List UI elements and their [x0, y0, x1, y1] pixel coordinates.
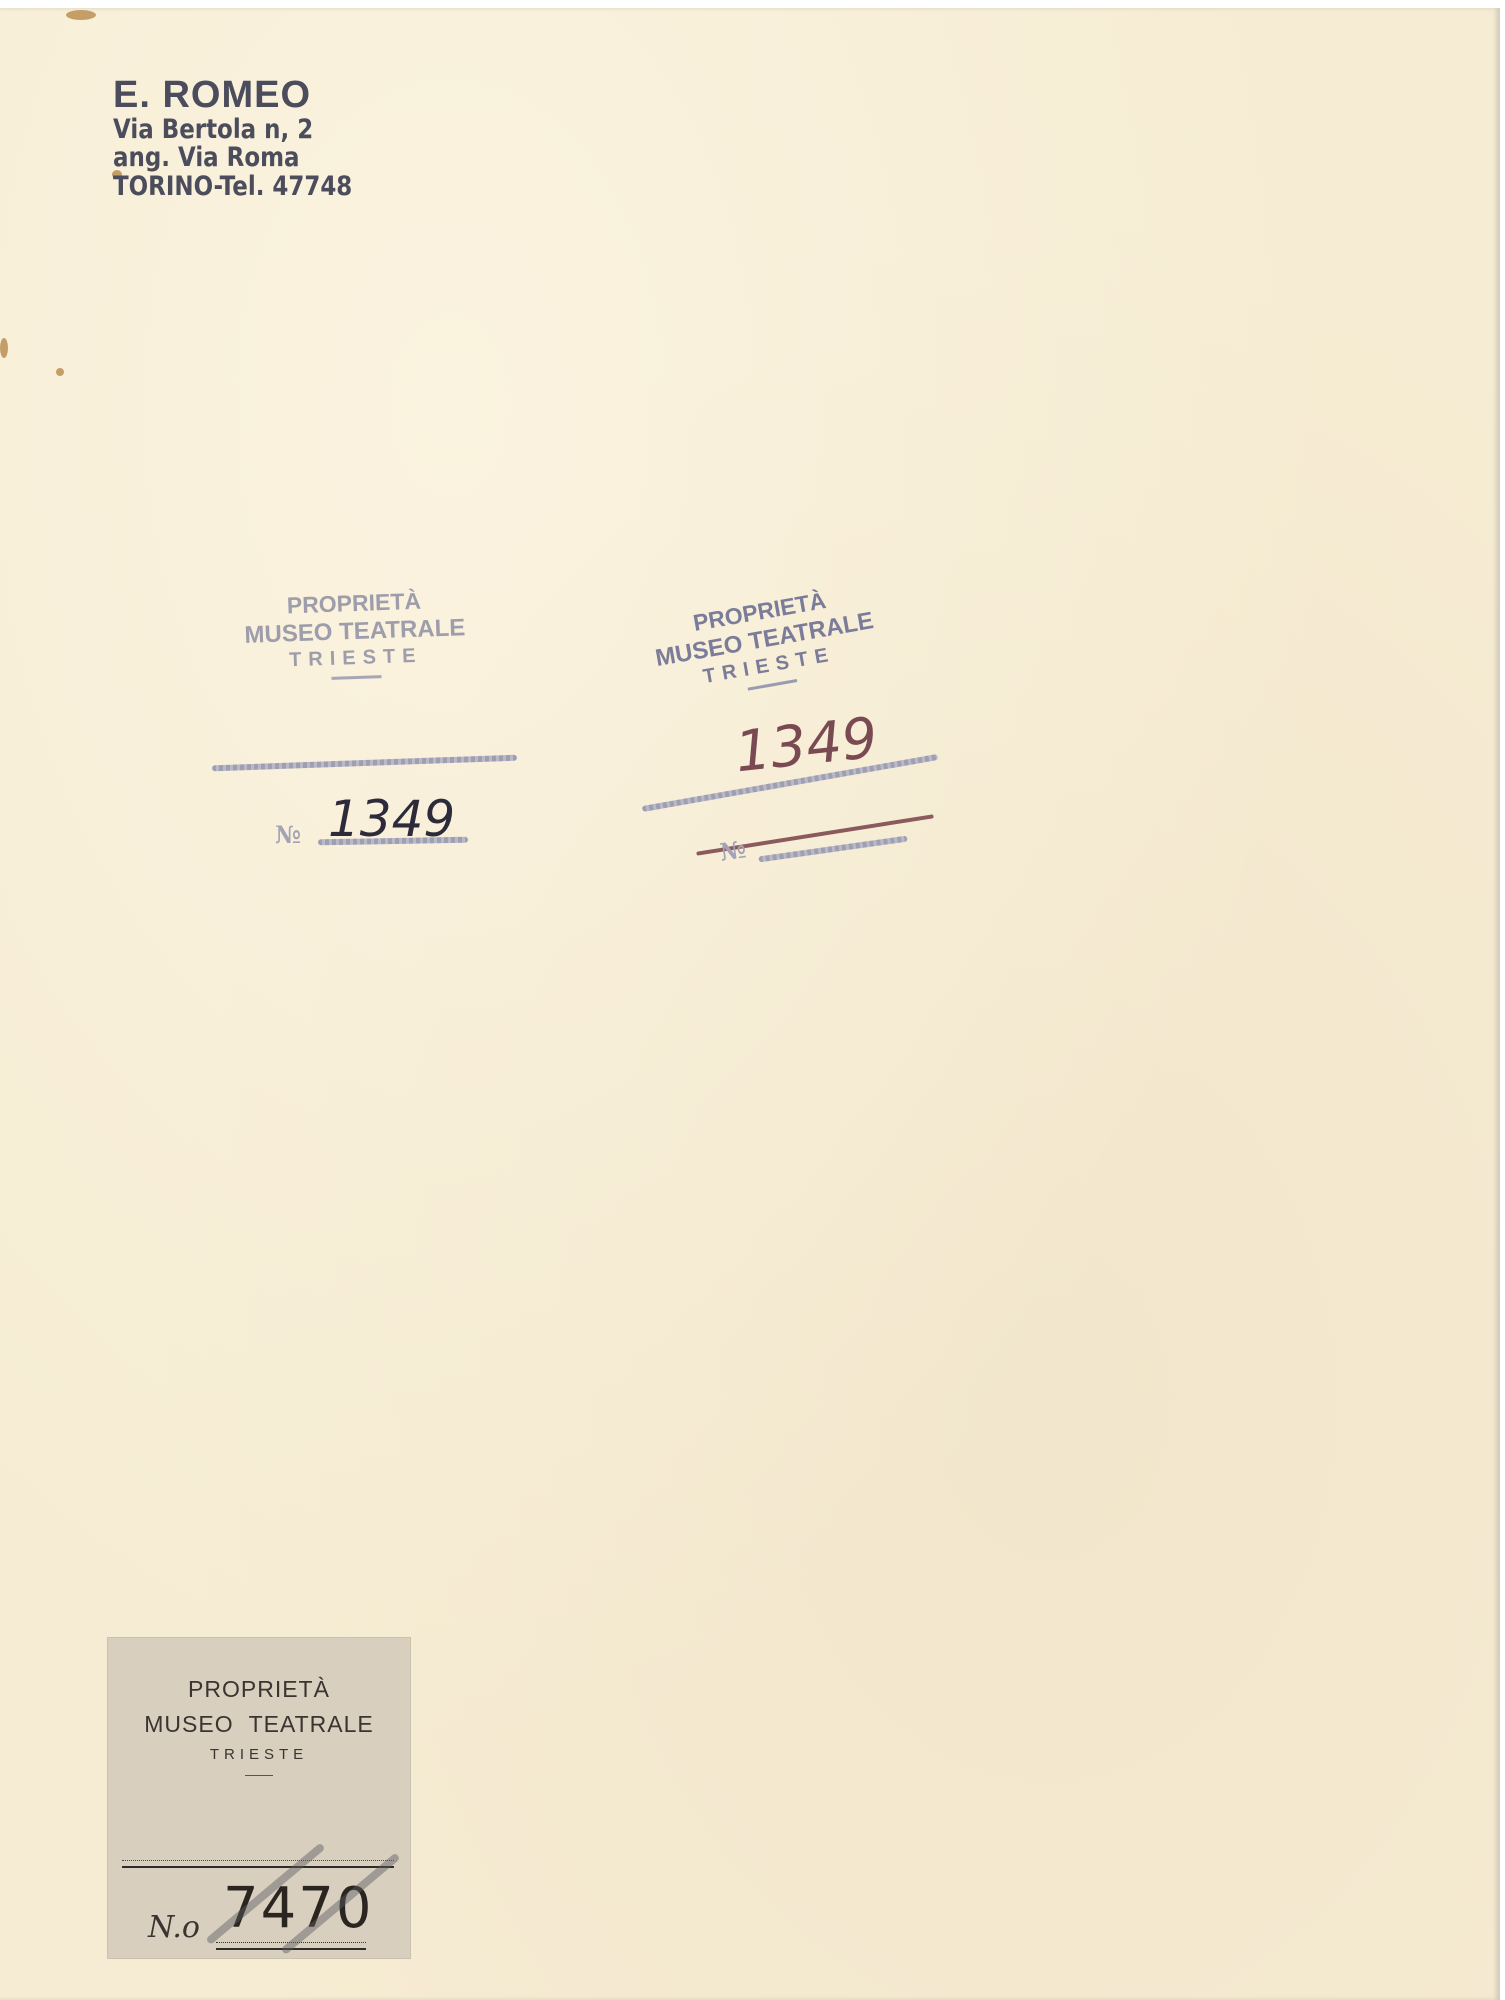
stain-spot — [0, 338, 8, 358]
label-line: PROPRIETÀ — [108, 1676, 410, 1703]
label-line: MUSEO TEATRALE — [108, 1711, 410, 1738]
stain-spot — [66, 10, 96, 20]
photo-back-paper: E. ROMEO Via Bertola n, 2 ang. Via Roma … — [0, 8, 1500, 2000]
stamp-rule — [212, 755, 517, 772]
museum-label: PROPRIETÀ MUSEO TEATRALE TRIESTE N.o 747… — [108, 1638, 410, 1958]
museum-stamp-right: PROPRIETÀ MUSEO TEATRALE TRIESTE — [619, 574, 910, 711]
number-prefix: № — [718, 834, 748, 866]
label-rule — [122, 1866, 394, 1868]
photographer-address-line: ang. Via Roma — [113, 144, 352, 172]
photographer-phone-line: TORINO-Tel. 47748 — [113, 173, 352, 201]
label-rule — [122, 1860, 394, 1861]
label-line: TRIESTE — [108, 1746, 410, 1763]
stain-spot — [56, 368, 64, 376]
number-prefix: № — [275, 820, 301, 849]
stamp-dash — [331, 675, 381, 680]
label-number-prefix: N.o — [148, 1910, 200, 1945]
label-dash — [245, 1775, 273, 1776]
photographer-stamp: E. ROMEO Via Bertola n, 2 ang. Via Roma … — [113, 76, 394, 201]
museum-stamp-left: PROPRIETÀ MUSEO TEATRALE TRIESTE — [219, 585, 492, 684]
stamp-dash — [748, 679, 798, 691]
photographer-name: E. ROMEO — [113, 76, 394, 116]
photographer-address-line: Via Bertola n, 2 — [113, 116, 352, 144]
